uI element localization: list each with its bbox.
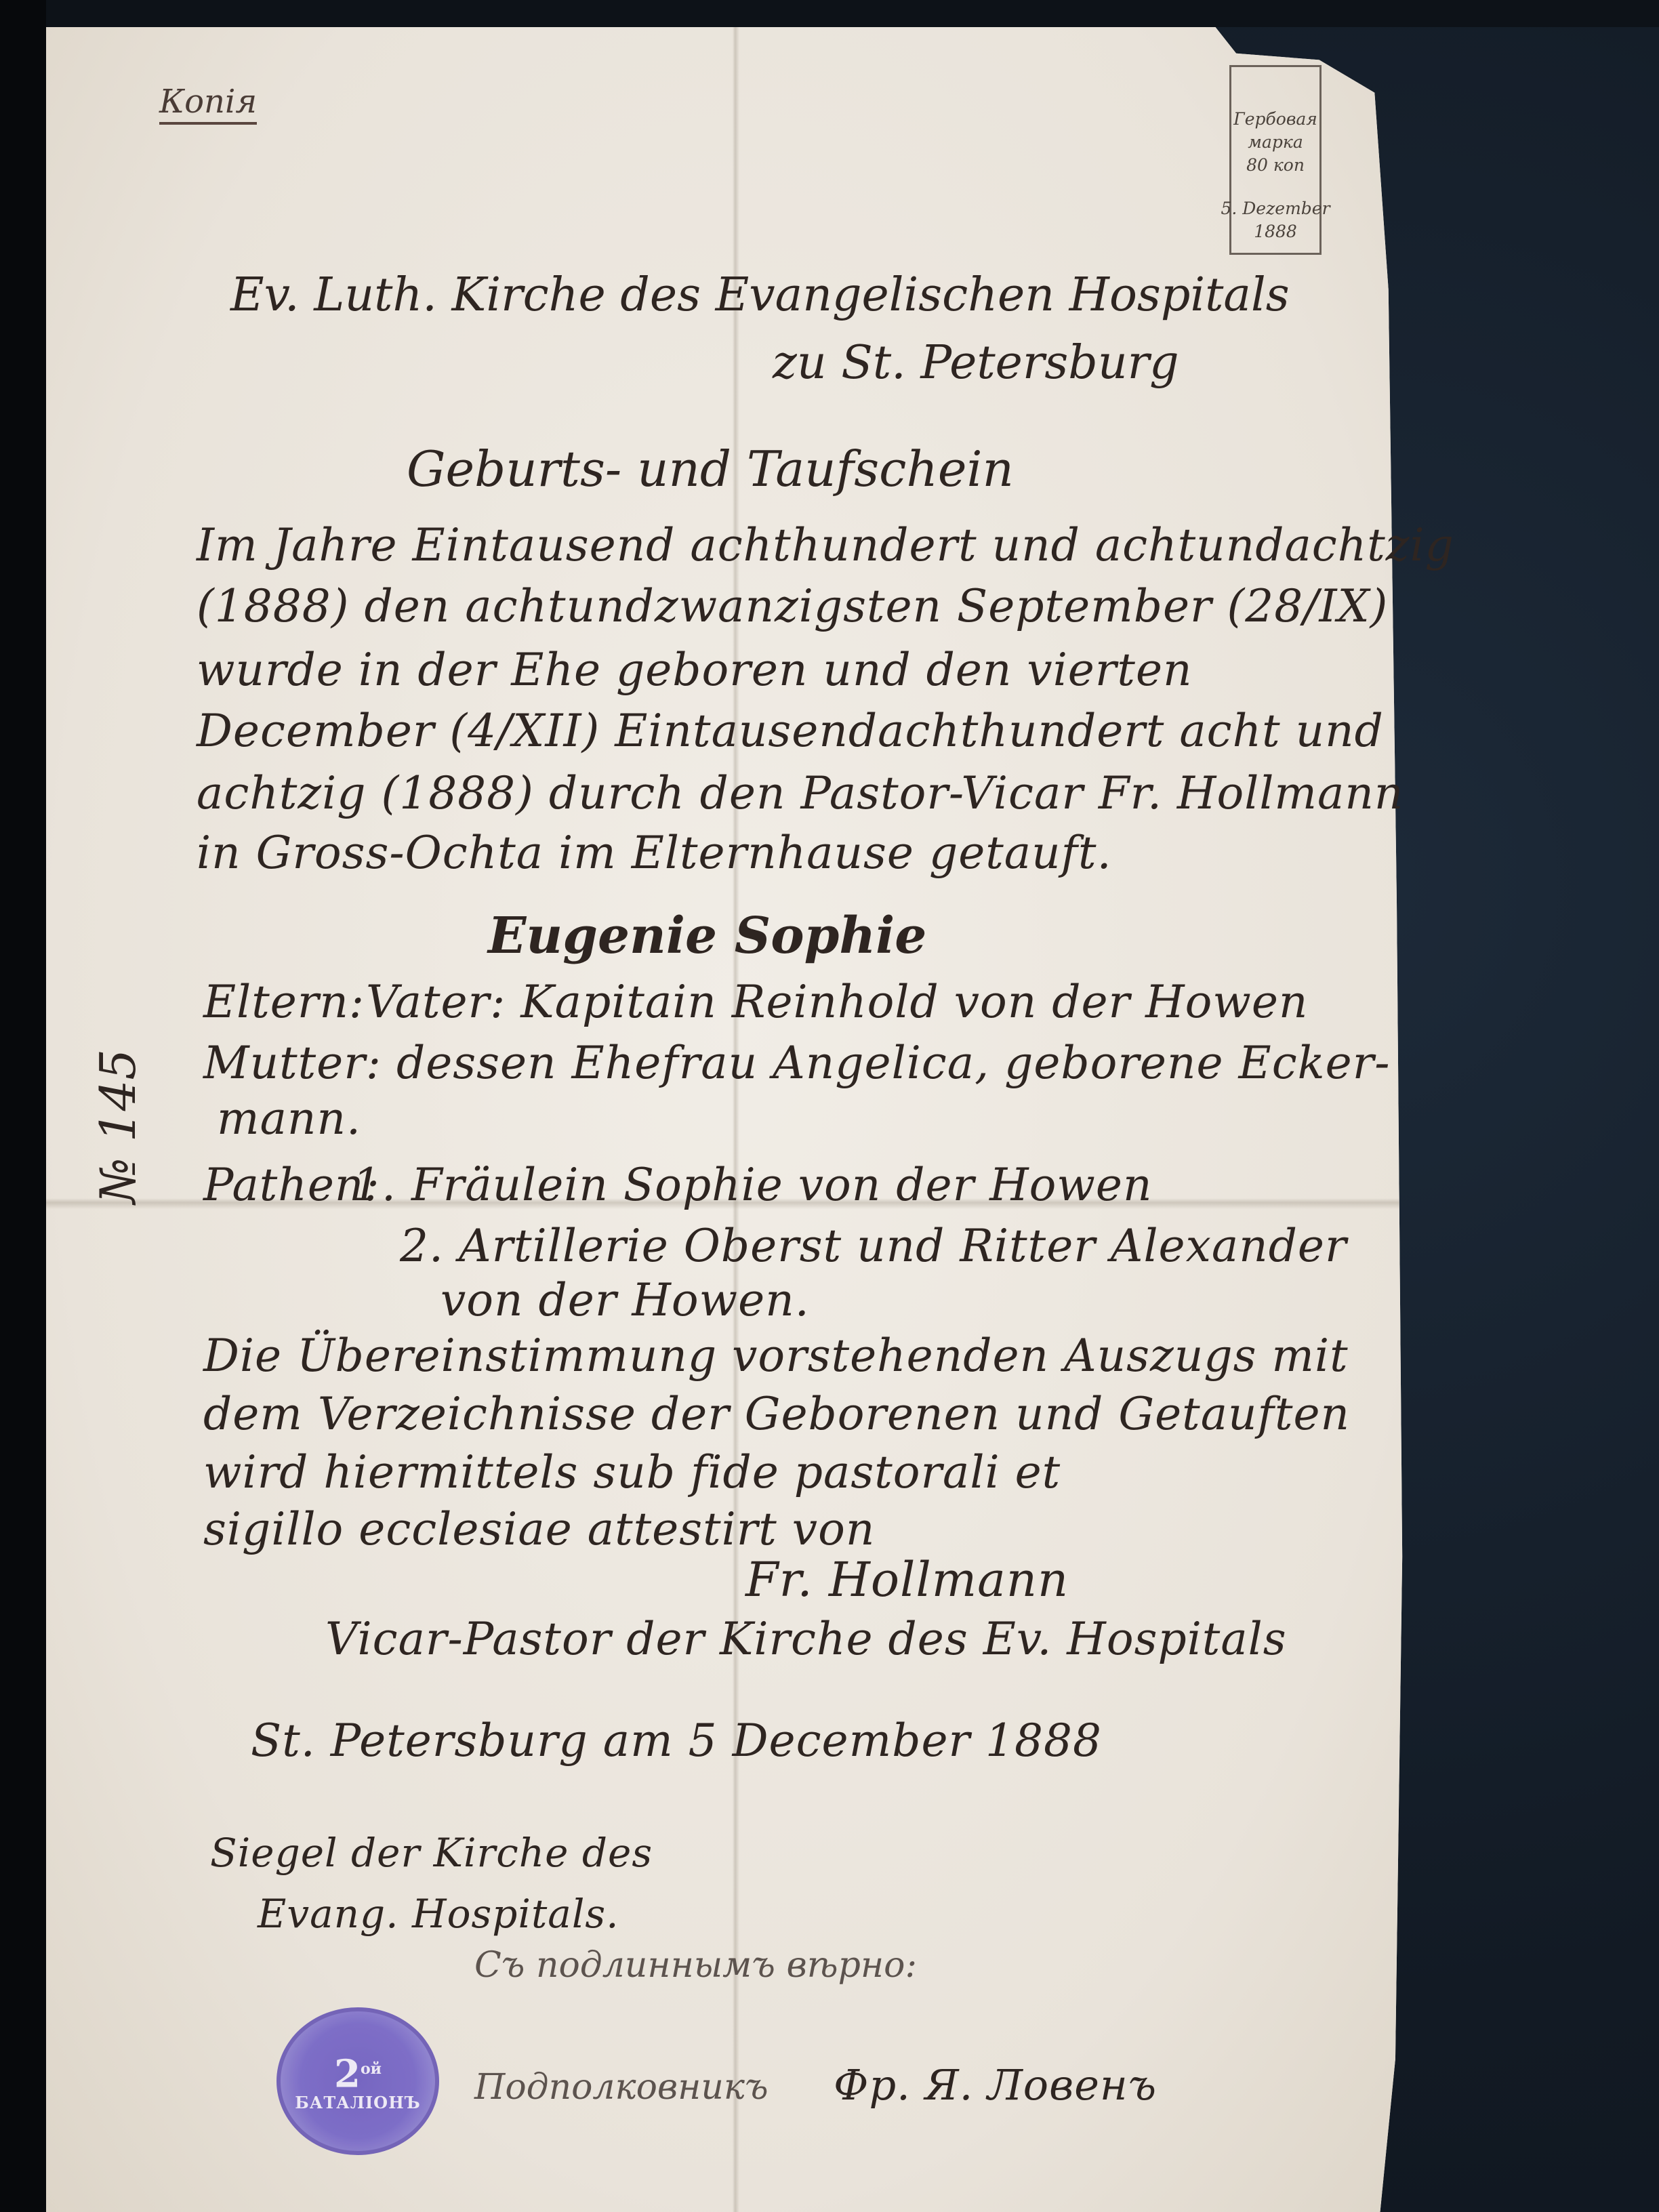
stamp-duty-box: Гербовая марка 80 коп 5. Dezember 1888 [1229,65,1322,255]
parents-label: Eltern: [203,976,365,1028]
russian-certification: Съ подлиннымъ вѣрно: [474,1945,917,1986]
body-line-2: (1888) den achtundzwanzigsten September … [197,580,1388,632]
godparent-2: 2. Artillerie Oberst und Ritter Alexande… [400,1220,1347,1272]
russian-signature: Фр. Я. Ловенъ [834,2060,1157,2110]
background-left [0,0,46,2212]
church-header-line-1: Ev. Luth. Kirche des Evangelischen Hospi… [230,268,1290,322]
registry-number: № 145 [89,1049,146,1204]
seal-word: БАТАЛІОНЪ [295,2093,420,2112]
godparent-1: 1. Fräulein Sophie von der Howen [352,1159,1152,1211]
attestation-line-4: sigillo ecclesiae attestirt von [203,1503,875,1555]
official-seal-stamp: 2ой БАТАЛІОНЪ [276,2007,439,2155]
place-date: St. Petersburg am 5 December 1888 [251,1715,1102,1767]
stamp-line-5: 1888 [1254,220,1297,243]
stamp-line-2: марка [1248,131,1303,154]
church-header-line-2: zu St. Petersburg [773,336,1179,390]
pastor-signature: Fr. Hollmann [745,1552,1069,1607]
attestation-line-2: dem Verzeichnisse der Geborenen und Geta… [203,1388,1350,1440]
seal-number: 2ой [334,2050,382,2093]
background-top [0,0,1659,27]
stamp-line-4: 5. Dezember [1221,197,1330,220]
seal-note-line-1: Siegel der Kirche des [210,1830,653,1876]
child-name: Eugenie Sophie [488,907,926,965]
body-line-6: in Gross-Ochta im Elternhause getauft. [197,827,1112,879]
father-line: Vater: Kapitain Reinhold von der Howen [366,976,1308,1028]
body-line-3: wurde in der Ehe geboren und den vierten [197,644,1193,696]
attestation-line-1: Die Übereinstimmung vorstehenden Auszugs… [203,1330,1349,1382]
body-line-4: December (4/XII) Eintausendachthundert a… [197,705,1384,757]
mother-line-cont: mann. [217,1092,361,1145]
attestation-line-3: wird hiermittels sub fide pastorali et [203,1446,1061,1498]
pastor-title: Vicar-Pastor der Kirche des Ev. Hospital… [325,1613,1287,1665]
copy-label: Копія [159,83,257,125]
russian-signature-title: Подполковникъ [474,2067,769,2108]
body-line-5: achtzig (1888) durch den Pastor-Vicar Fr… [197,767,1404,819]
godparent-2-cont: von der Howen. [441,1274,810,1326]
mother-line: Mutter: dessen Ehefrau Angelica, geboren… [203,1037,1391,1089]
stamp-line-3: 80 коп [1246,154,1305,177]
stamp-line-1: Гербовая [1233,108,1317,131]
document-title: Geburts- und Taufschein [407,441,1014,497]
body-line-1: Im Jahre Eintausend achthundert und acht… [197,519,1454,571]
seal-note-line-2: Evang. Hospitals. [258,1891,619,1937]
